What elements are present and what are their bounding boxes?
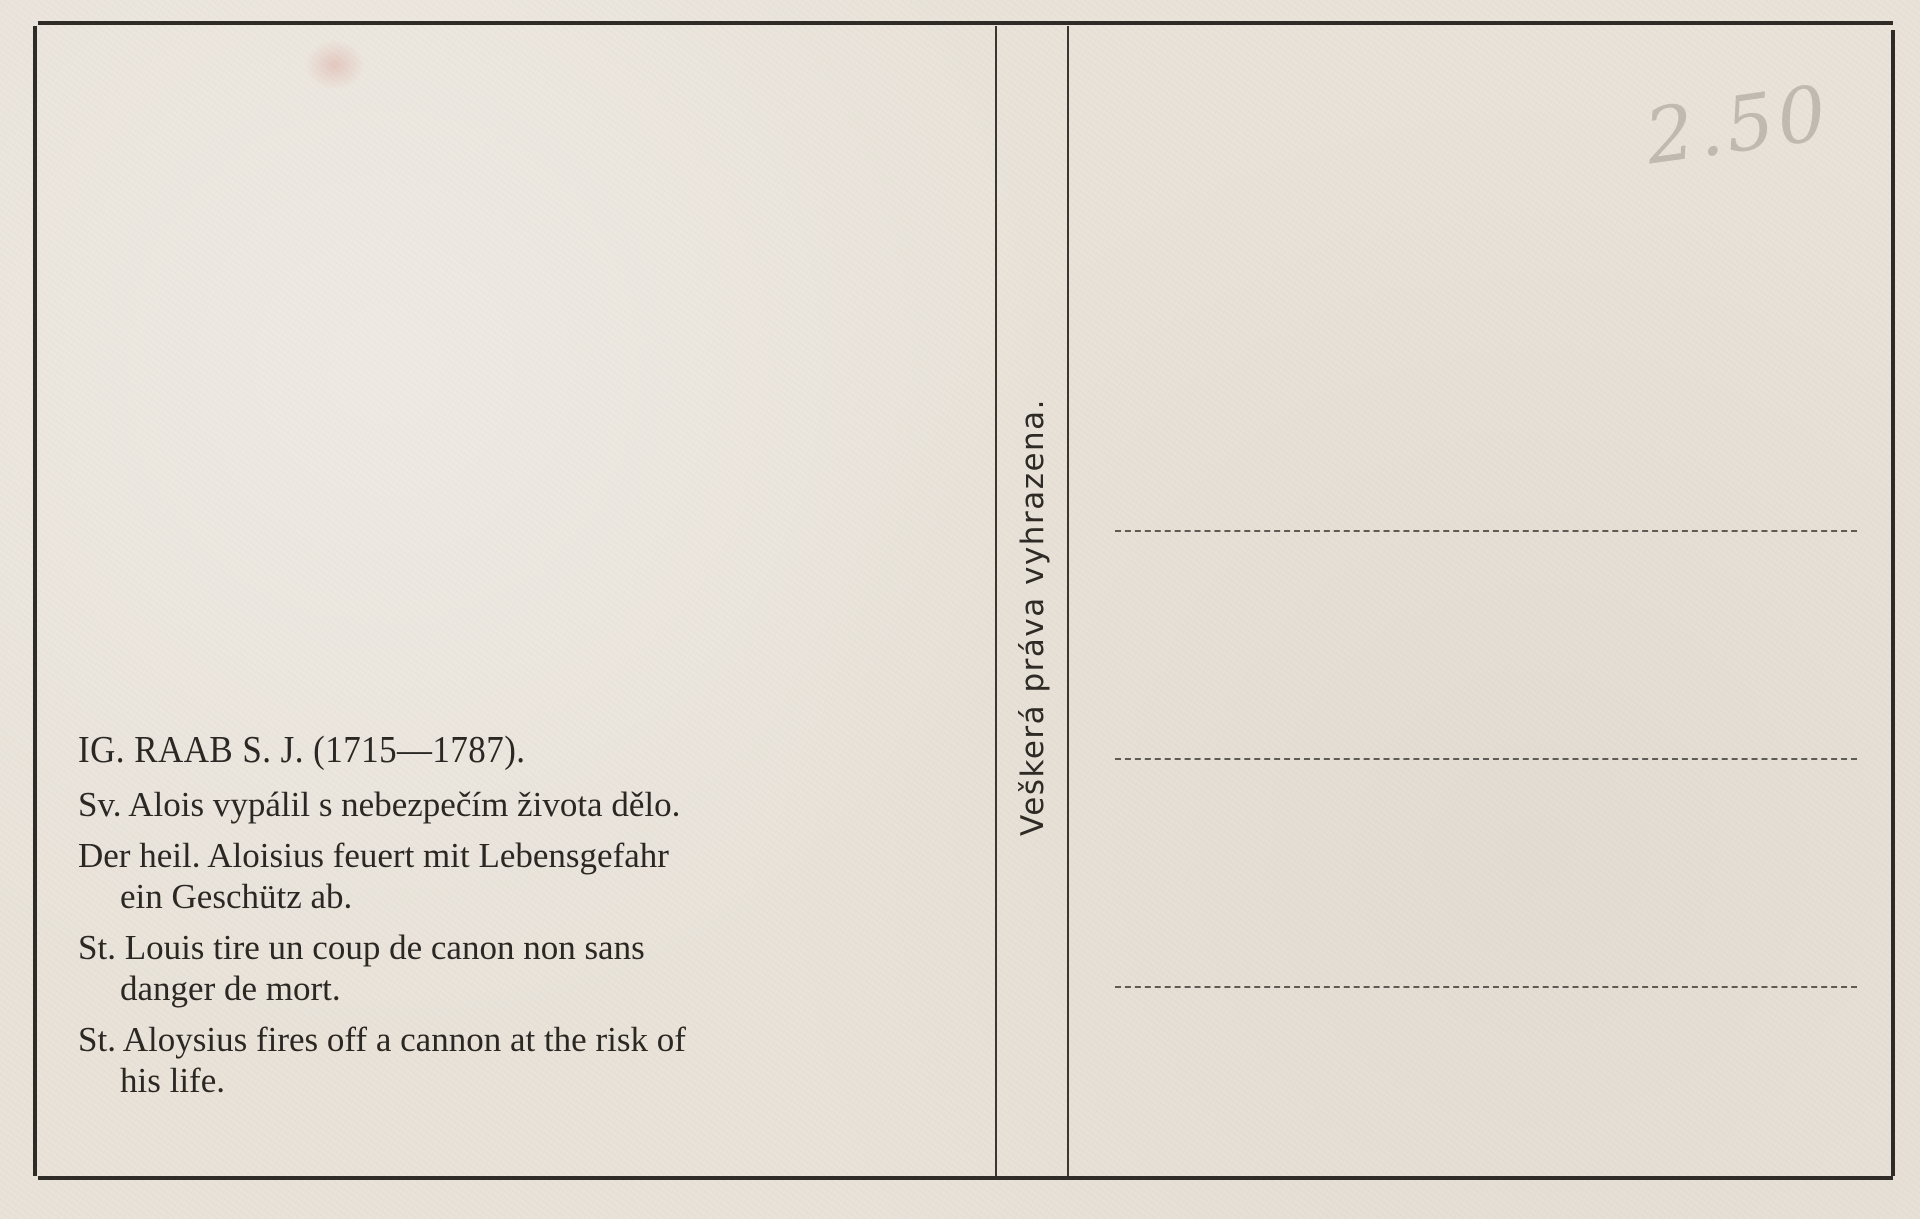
postcard-back: Veškerá práva vyhrazena. 2.50 IG. RAAB S… — [0, 0, 1920, 1219]
address-line-3 — [1115, 986, 1857, 988]
divider-line-left — [995, 26, 997, 1176]
caption-title: IG. RAAB S. J. (1715—1787). — [78, 728, 880, 772]
caption-german: Der heil. Aloisius feuert mit Lebensgefa… — [78, 835, 950, 917]
caption-block: IG. RAAB S. J. (1715—1787). Sv. Alois vy… — [78, 728, 950, 1111]
border-left — [33, 26, 37, 1176]
caption-english: St. Aloysius fires off a cannon at the r… — [78, 1019, 950, 1101]
caption-german-line1: Der heil. Aloisius feuert mit Lebensgefa… — [78, 836, 669, 875]
divider-line-right — [1067, 26, 1069, 1176]
address-line-1 — [1115, 530, 1857, 532]
caption-czech-line1: Sv. Alois vypálil s nebezpečím života dě… — [78, 785, 680, 824]
caption-french-line1: St. Louis tire un coup de canon non sans — [78, 928, 645, 967]
rights-reserved-text: Veškerá práva vyhrazena. — [1015, 398, 1051, 836]
caption-english-line1: St. Aloysius fires off a cannon at the r… — [78, 1020, 686, 1059]
address-line-2 — [1115, 758, 1857, 760]
caption-german-line2: ein Geschütz ab. — [78, 876, 950, 917]
border-right — [1891, 30, 1895, 1176]
caption-english-line2: his life. — [78, 1060, 950, 1101]
caption-french: St. Louis tire un coup de canon non sans… — [78, 927, 950, 1009]
faint-red-stamp-mark — [305, 40, 365, 90]
caption-czech: Sv. Alois vypálil s nebezpečím života dě… — [78, 784, 950, 825]
handwritten-price: 2.50 — [1640, 68, 1836, 182]
border-bottom — [38, 1176, 1893, 1180]
border-top — [38, 21, 1893, 25]
caption-french-line2: danger de mort. — [78, 968, 950, 1009]
